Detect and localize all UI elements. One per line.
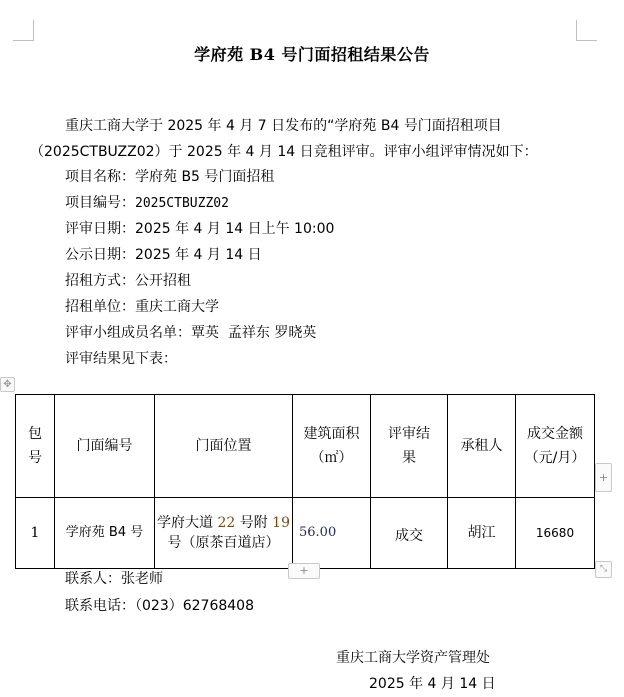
field-value: 覃英 孟祥东 罗晓英: [191, 325, 316, 341]
field-results-intro: 评审结果见下表：: [65, 349, 177, 369]
field-value: 学府苑 B5 号门面招租: [135, 169, 274, 185]
field-project-name: 项目名称：学府苑 B5 号门面招租: [65, 167, 274, 187]
field-label: 招租方式：: [65, 273, 135, 289]
page-corner-mark-top-left: [13, 20, 34, 41]
add-column-button[interactable]: +: [595, 463, 612, 492]
header-location: 门面位置: [155, 395, 293, 498]
page-corner-mark-top-right: [576, 20, 597, 41]
cell-shop-no: 学府苑 B4 号: [55, 498, 155, 569]
field-review-date: 评审日期：2025 年 4 月 14 日上午 10:00: [65, 219, 334, 239]
intro-paragraph-line1: 重庆工商大学于 2025 年 4 月 7 日发布的“学府苑 B4 号门面招租项目: [65, 113, 502, 139]
contact-phone: 联系电话：（023）62768408: [65, 595, 254, 615]
header-amount: 成交金额（元/月）: [516, 395, 595, 498]
field-label: 评审结果见下表：: [65, 351, 177, 367]
field-lease-method: 招租方式：公开招租: [65, 271, 191, 291]
field-label: 项目编号：: [65, 195, 135, 211]
header-shop-no: 门面编号: [55, 395, 155, 498]
results-table: 包号 门面编号 门面位置 建筑面积（㎡） 评审结果 承租人 成交金额（元/月） …: [15, 394, 595, 569]
cell-package-no: 1: [16, 498, 55, 569]
document-title: 学府苑 B4 号门面招租结果公告: [0, 42, 624, 65]
field-label: 公示日期：: [65, 247, 135, 263]
header-tenant: 承租人: [448, 395, 516, 498]
contact-person: 联系人：张老师: [65, 568, 163, 588]
field-lessor: 招租单位：重庆工商大学: [65, 297, 219, 317]
header-area: 建筑面积（㎡）: [293, 395, 371, 498]
cell-amount: 16680: [516, 498, 595, 569]
cell-area: 56.00: [293, 498, 371, 569]
field-project-number: 项目编号：2025CTBUZZ02: [65, 193, 229, 214]
signature-date: 2025 年 4 月 14 日: [369, 673, 496, 693]
cell-location: 学府大道 22 号附 19号（原茶百道店）: [155, 498, 293, 569]
field-value: 2025 年 4 月 14 日: [135, 247, 262, 263]
field-label: 评审小组成员名单：: [65, 325, 191, 341]
field-label: 招租单位：: [65, 299, 135, 315]
table-move-handle-icon[interactable]: ✥: [0, 377, 15, 392]
field-value: 重庆工商大学: [135, 299, 219, 315]
header-package-no: 包号: [16, 395, 55, 498]
field-label: 评审日期：: [65, 221, 135, 237]
intro-paragraph-line2: （2025CTBUZZ02）于 2025 年 4 月 14 日竞租评审。评审小组…: [30, 139, 538, 165]
header-result: 评审结果: [371, 395, 448, 498]
signature-organization: 重庆工商大学资产管理处: [336, 647, 490, 667]
field-value: 2025 年 4 月 14 日上午 10:00: [135, 221, 334, 237]
field-value: 公开招租: [135, 273, 191, 289]
cell-tenant: 胡江: [448, 498, 516, 569]
field-label: 项目名称：: [65, 169, 135, 185]
table-header-row: 包号 门面编号 门面位置 建筑面积（㎡） 评审结果 承租人 成交金额（元/月）: [16, 395, 595, 498]
table-row: 1 学府苑 B4 号 学府大道 22 号附 19号（原茶百道店） 56.00 成…: [16, 498, 595, 569]
add-row-button[interactable]: +: [288, 563, 320, 579]
cell-result: 成交: [371, 498, 448, 569]
field-publish-date: 公示日期：2025 年 4 月 14 日: [65, 245, 262, 265]
field-value: 2025CTBUZZ02: [135, 196, 229, 211]
table-resize-handle-icon[interactable]: ⤡: [595, 561, 612, 578]
field-review-panel: 评审小组成员名单：覃英 孟祥东 罗晓英: [65, 323, 316, 343]
